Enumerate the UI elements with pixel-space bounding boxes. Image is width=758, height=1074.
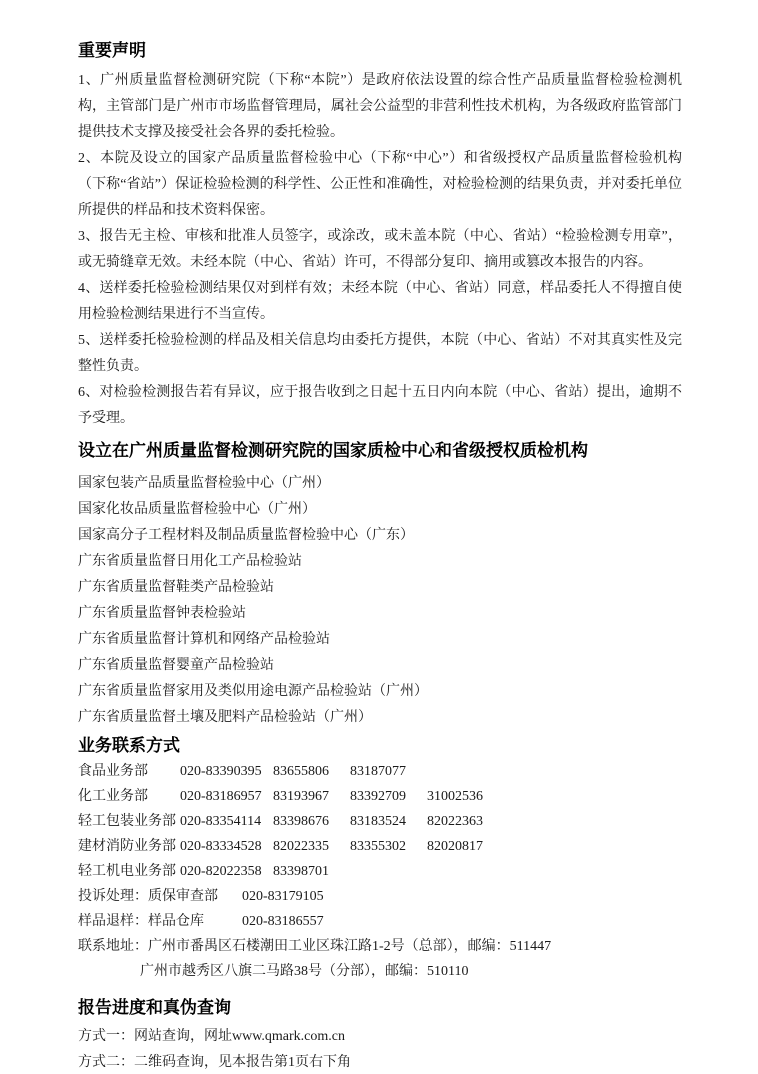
phone-number: 83183524 <box>350 809 427 834</box>
important-notice-body: 1、广州质量监督检测研究院（下称“本院”）是政府依法设置的综合性产品质量监督检验… <box>78 68 682 432</box>
center-item: 广东省质量监督家用及类似用途电源产品检验站（广州） <box>78 679 682 705</box>
service-label: 投诉处理：质保审查部 <box>78 884 242 909</box>
center-item: 广东省质量监督日用化工产品检验站 <box>78 549 682 575</box>
phone-number: 020-83186957 <box>180 784 273 809</box>
address-row: 联系地址：广州市番禺区石楼潮田工业区珠江路1-2号（总部），邮编：511447 <box>78 934 682 959</box>
service-row: 投诉处理：质保审查部020-83179105 <box>78 884 682 909</box>
centers-list: 国家包装产品质量监督检验中心（广州） 国家化妆品质量监督检验中心（广州） 国家高… <box>78 471 682 731</box>
department-name: 轻工包装业务部 <box>78 809 180 834</box>
center-item: 广东省质量监督土壤及肥料产品检验站（广州） <box>78 705 682 731</box>
phone-number: 83193967 <box>273 784 350 809</box>
phone-number: 020-83186557 <box>242 909 324 934</box>
phone-number: 020-83179105 <box>242 884 324 909</box>
center-item: 国家高分子工程材料及制品质量监督检验中心（广东） <box>78 523 682 549</box>
contact-row: 食品业务部020-833903958365580683187077 <box>78 759 682 784</box>
department-name: 食品业务部 <box>78 759 180 784</box>
department-name: 化工业务部 <box>78 784 180 809</box>
notice-paragraph: 4、送样委托检验检测结果仅对到样有效；未经本院（中心、省站）同意，样品委托人不得… <box>78 276 682 328</box>
notice-paragraph: 2、本院及设立的国家产品质量监督检验中心（下称“中心”）和省级授权产品质量监督检… <box>78 146 682 224</box>
phone-number: 83398676 <box>273 809 350 834</box>
phone-number: 82020817 <box>427 834 483 859</box>
address-line: 广州市越秀区八旗二马路38号（分部），邮编：510110 <box>140 964 468 979</box>
contact-row: 轻工包装业务部020-83354114833986768318352482022… <box>78 809 682 834</box>
address-line: 广州市番禺区石楼潮田工业区珠江路1-2号（总部），邮编：511447 <box>148 939 551 954</box>
query-methods: 方式一：网站查询，网址www.qmark.com.cn 方式二：二维码查询，见本… <box>78 1024 682 1074</box>
center-item: 广东省质量监督计算机和网络产品检验站 <box>78 627 682 653</box>
phone-number: 82022363 <box>427 809 483 834</box>
center-item: 国家化妆品质量监督检验中心（广州） <box>78 497 682 523</box>
service-label: 样品退样：样品仓库 <box>78 909 242 934</box>
address-row: 广州市越秀区八旗二马路38号（分部），邮编：510110 <box>78 959 682 984</box>
contact-row: 化工业务部020-8318695783193967833927093100253… <box>78 784 682 809</box>
center-item: 广东省质量监督钟表检验站 <box>78 601 682 627</box>
centers-title: 设立在广州质量监督检测研究院的国家质检中心和省级授权质检机构 <box>78 440 682 462</box>
address-label: 联系地址： <box>78 934 148 959</box>
query-method: 方式一：网站查询，网址www.qmark.com.cn <box>78 1024 682 1050</box>
department-name: 建材消防业务部 <box>78 834 180 859</box>
center-item: 国家包装产品质量监督检验中心（广州） <box>78 471 682 497</box>
contact-row: 轻工机电业务部020-8202235883398701 <box>78 859 682 884</box>
phone-number: 82022335 <box>273 834 350 859</box>
service-row: 样品退样：样品仓库020-83186557 <box>78 909 682 934</box>
notice-paragraph: 3、报告无主检、审核和批准人员签字，或涂改，或未盖本院（中心、省站）“检验检测专… <box>78 224 682 276</box>
center-item: 广东省质量监督鞋类产品检验站 <box>78 575 682 601</box>
phone-number: 020-83334528 <box>180 834 273 859</box>
query-title: 报告进度和真伪查询 <box>78 997 682 1019</box>
phone-number: 83392709 <box>350 784 427 809</box>
notice-paragraph: 1、广州质量监督检测研究院（下称“本院”）是政府依法设置的综合性产品质量监督检验… <box>78 68 682 146</box>
phone-number: 31002536 <box>427 784 483 809</box>
phone-number: 83355302 <box>350 834 427 859</box>
phone-number: 020-83354114 <box>180 809 273 834</box>
notice-paragraph: 6、对检验检测报告若有异议，应于报告收到之日起十五日内向本院（中心、省站）提出，… <box>78 380 682 432</box>
contacts-title: 业务联系方式 <box>78 735 682 757</box>
phone-number: 020-83390395 <box>180 759 273 784</box>
query-method: 方式二：二维码查询，见本报告第1页右下角 <box>78 1050 682 1074</box>
center-item: 广东省质量监督婴童产品检验站 <box>78 653 682 679</box>
important-notice-title: 重要声明 <box>78 40 682 62</box>
contact-row: 建材消防业务部020-83334528820223358335530282020… <box>78 834 682 859</box>
document-page: 重要声明 1、广州质量监督检测研究院（下称“本院”）是政府依法设置的综合性产品质… <box>0 0 758 1074</box>
department-name: 轻工机电业务部 <box>78 859 180 884</box>
phone-number: 020-82022358 <box>180 859 273 884</box>
phone-number: 83187077 <box>350 759 406 784</box>
notice-paragraph: 5、送样委托检验检测的样品及相关信息均由委托方提供，本院（中心、省站）不对其真实… <box>78 328 682 380</box>
phone-number: 83655806 <box>273 759 350 784</box>
phone-number: 83398701 <box>273 859 329 884</box>
contacts-table: 食品业务部020-833903958365580683187077 化工业务部0… <box>78 759 682 984</box>
